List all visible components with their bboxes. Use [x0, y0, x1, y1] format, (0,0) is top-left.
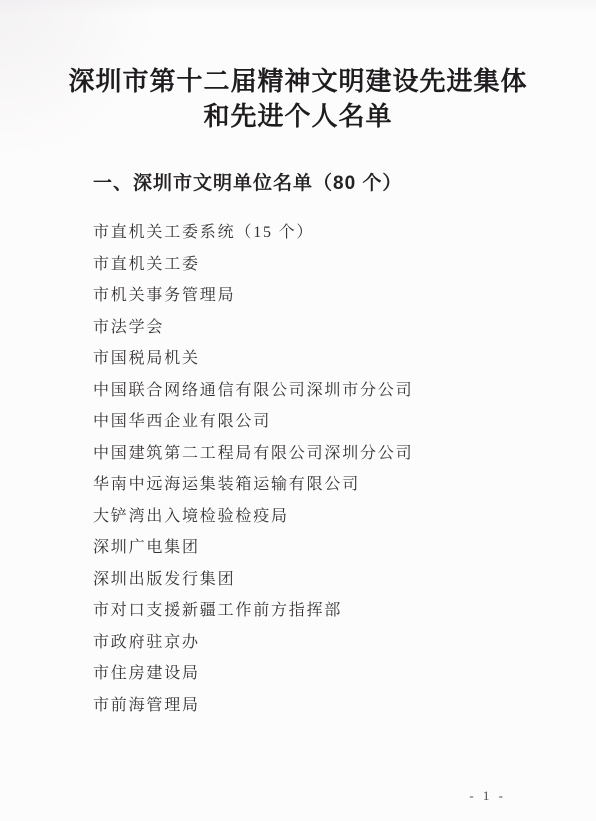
list-item: 中国建筑第二工程局有限公司深圳分公司	[93, 438, 596, 470]
list-item: 市机关事务管理局	[93, 280, 596, 312]
document-page: 深圳市第十二届精神文明建设先进集体 和先进个人名单 一、深圳市文明单位名单（80…	[0, 0, 596, 821]
list-item: 市直机关工委	[93, 249, 596, 281]
list-item: 市住房建设局	[93, 658, 596, 690]
list-item: 深圳广电集团	[93, 532, 596, 564]
list-item: 市对口支援新疆工作前方指挥部	[93, 595, 596, 627]
list-item: 市直机关工委系统（15 个）	[93, 217, 596, 249]
list-item: 大铲湾出入境检验检疫局	[93, 501, 596, 533]
list-item: 市法学会	[93, 312, 596, 344]
list-item: 市政府驻京办	[93, 627, 596, 659]
list-item: 深圳出版发行集团	[93, 564, 596, 596]
list-item: 中国华西企业有限公司	[93, 406, 596, 438]
list-item: 华南中远海运集装箱运输有限公司	[93, 469, 596, 501]
document-title-line1: 深圳市第十二届精神文明建设先进集体	[0, 64, 596, 99]
unit-list: 市直机关工委系统（15 个） 市直机关工委 市机关事务管理局 市法学会 市国税局…	[93, 217, 596, 721]
section-heading: 一、深圳市文明单位名单（80 个）	[93, 168, 596, 195]
list-item: 中国联合网络通信有限公司深圳市分公司	[93, 375, 596, 407]
document-title-line2: 和先进个人名单	[0, 99, 596, 134]
document-title: 深圳市第十二届精神文明建设先进集体 和先进个人名单	[0, 0, 596, 134]
page-number: - 1 -	[469, 788, 506, 804]
list-item: 市国税局机关	[93, 343, 596, 375]
list-item: 市前海管理局	[93, 690, 596, 722]
